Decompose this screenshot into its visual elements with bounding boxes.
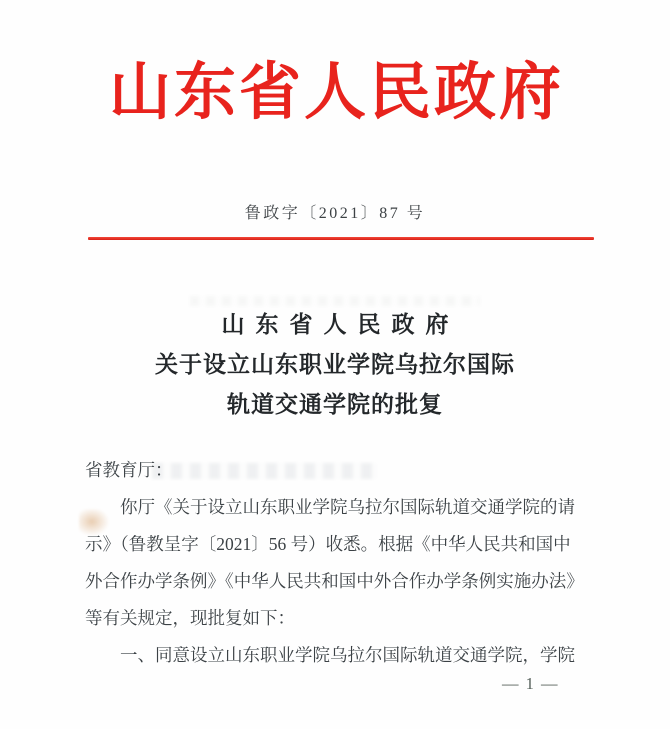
document-body: 省教育厅： 你厅《关于设立山东职业学院乌拉尔国际轨道交通学院的请 示》（鲁教呈字… [85, 452, 591, 674]
page-number: — 1 — [502, 674, 559, 694]
red-divider-line [88, 237, 594, 240]
body-line-5: 一、同意设立山东职业学院乌拉尔国际轨道交通学院，学院 [85, 637, 591, 674]
body-line-2: 示》（鲁教呈字〔2021〕56 号）收悉。根据《中华人民共和国中 [85, 526, 591, 563]
title-line-1: 山东省人民政府 [0, 305, 670, 345]
body-line-4: 等有关规定，现批复如下： [85, 600, 591, 637]
doc-number: 鲁政字〔2021〕87 号 [0, 200, 670, 223]
document-title: 山东省人民政府 关于设立山东职业学院乌拉尔国际 轨道交通学院的批复 [0, 305, 670, 425]
body-line-3: 外合作办学条例》《中华人民共和国中外合作办学条例实施办法》 [85, 563, 591, 600]
title-line-2: 关于设立山东职业学院乌拉尔国际 [0, 345, 670, 385]
salutation: 省教育厅： [85, 452, 591, 489]
document-page: 山东省人民政府 鲁政字〔2021〕87 号 山东省人民政府 关于设立山东职业学院… [0, 0, 670, 729]
masthead-title: 山东省人民政府 [0, 42, 670, 131]
title-line-3: 轨道交通学院的批复 [0, 385, 670, 425]
body-line-1: 你厅《关于设立山东职业学院乌拉尔国际轨道交通学院的请 [85, 489, 591, 526]
